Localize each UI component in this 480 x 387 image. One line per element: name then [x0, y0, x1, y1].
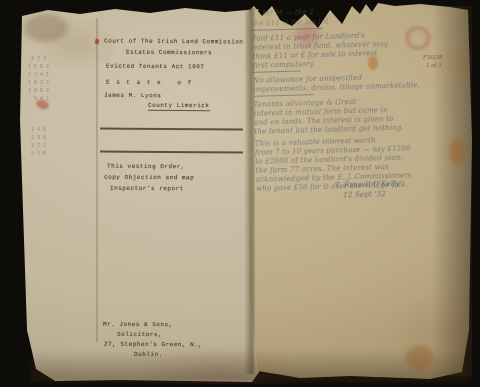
handwritten-paragraph-3: Tenants advantage & Great interest in mu…	[254, 95, 451, 136]
enclosure-note-line1: This vesting Order,	[107, 163, 185, 171]
ink-underline	[253, 70, 301, 72]
margin-arithmetic-mid: 1 4 6 2 3 8 1 7 2 5 5 6	[31, 126, 46, 158]
enclosure-note-line2: copy Objection and map	[104, 174, 194, 182]
county-line: County Limerick	[148, 102, 210, 111]
pencil-note-line1: Mr M — the 2	[262, 8, 314, 18]
pencil-note-line2: the £11 ½ for bis int	[251, 18, 328, 29]
doc-header-line2: Estates Commissioners	[126, 49, 212, 57]
estate-label: E s t a t e o f	[106, 79, 193, 87]
addressee-street: 27, Stephen's Green, N.,	[104, 341, 202, 349]
addressee-title: Solicitors,	[117, 331, 162, 338]
estate-name: James M. Lyons	[104, 92, 161, 99]
enclosure-note-line3: Inspector's report	[110, 185, 184, 193]
margin-arithmetic-top: 4 7 3 1 5 6 2 2 7 4 1 1 8 3 7 3 0 6 2 9 …	[28, 55, 49, 103]
addressee-name: Mr. Jones & Sons,	[103, 321, 173, 328]
signature-name: T. Russell O'Kelly	[335, 180, 400, 191]
act-line: Evicted Tenants Act 1907	[106, 63, 204, 71]
doc-header-line1: Court of The Irish Land Commission	[104, 38, 243, 46]
addressee-city: Dublin.	[134, 351, 163, 358]
handwritten-notes: Mr M — the 2 the £11 ½ for bis int Paid …	[246, 2, 458, 248]
signature-date: 12 Sept '32	[343, 190, 386, 200]
handwritten-paragraph-1: Paid £11 a year for Landlord's interest …	[252, 29, 449, 70]
scanned-document: 4 7 3 1 5 6 2 2 7 4 1 1 8 3 7 3 0 6 2 9 …	[0, 0, 480, 387]
handwritten-paragraph-2: No allowance for unspecified improvement…	[253, 71, 449, 94]
